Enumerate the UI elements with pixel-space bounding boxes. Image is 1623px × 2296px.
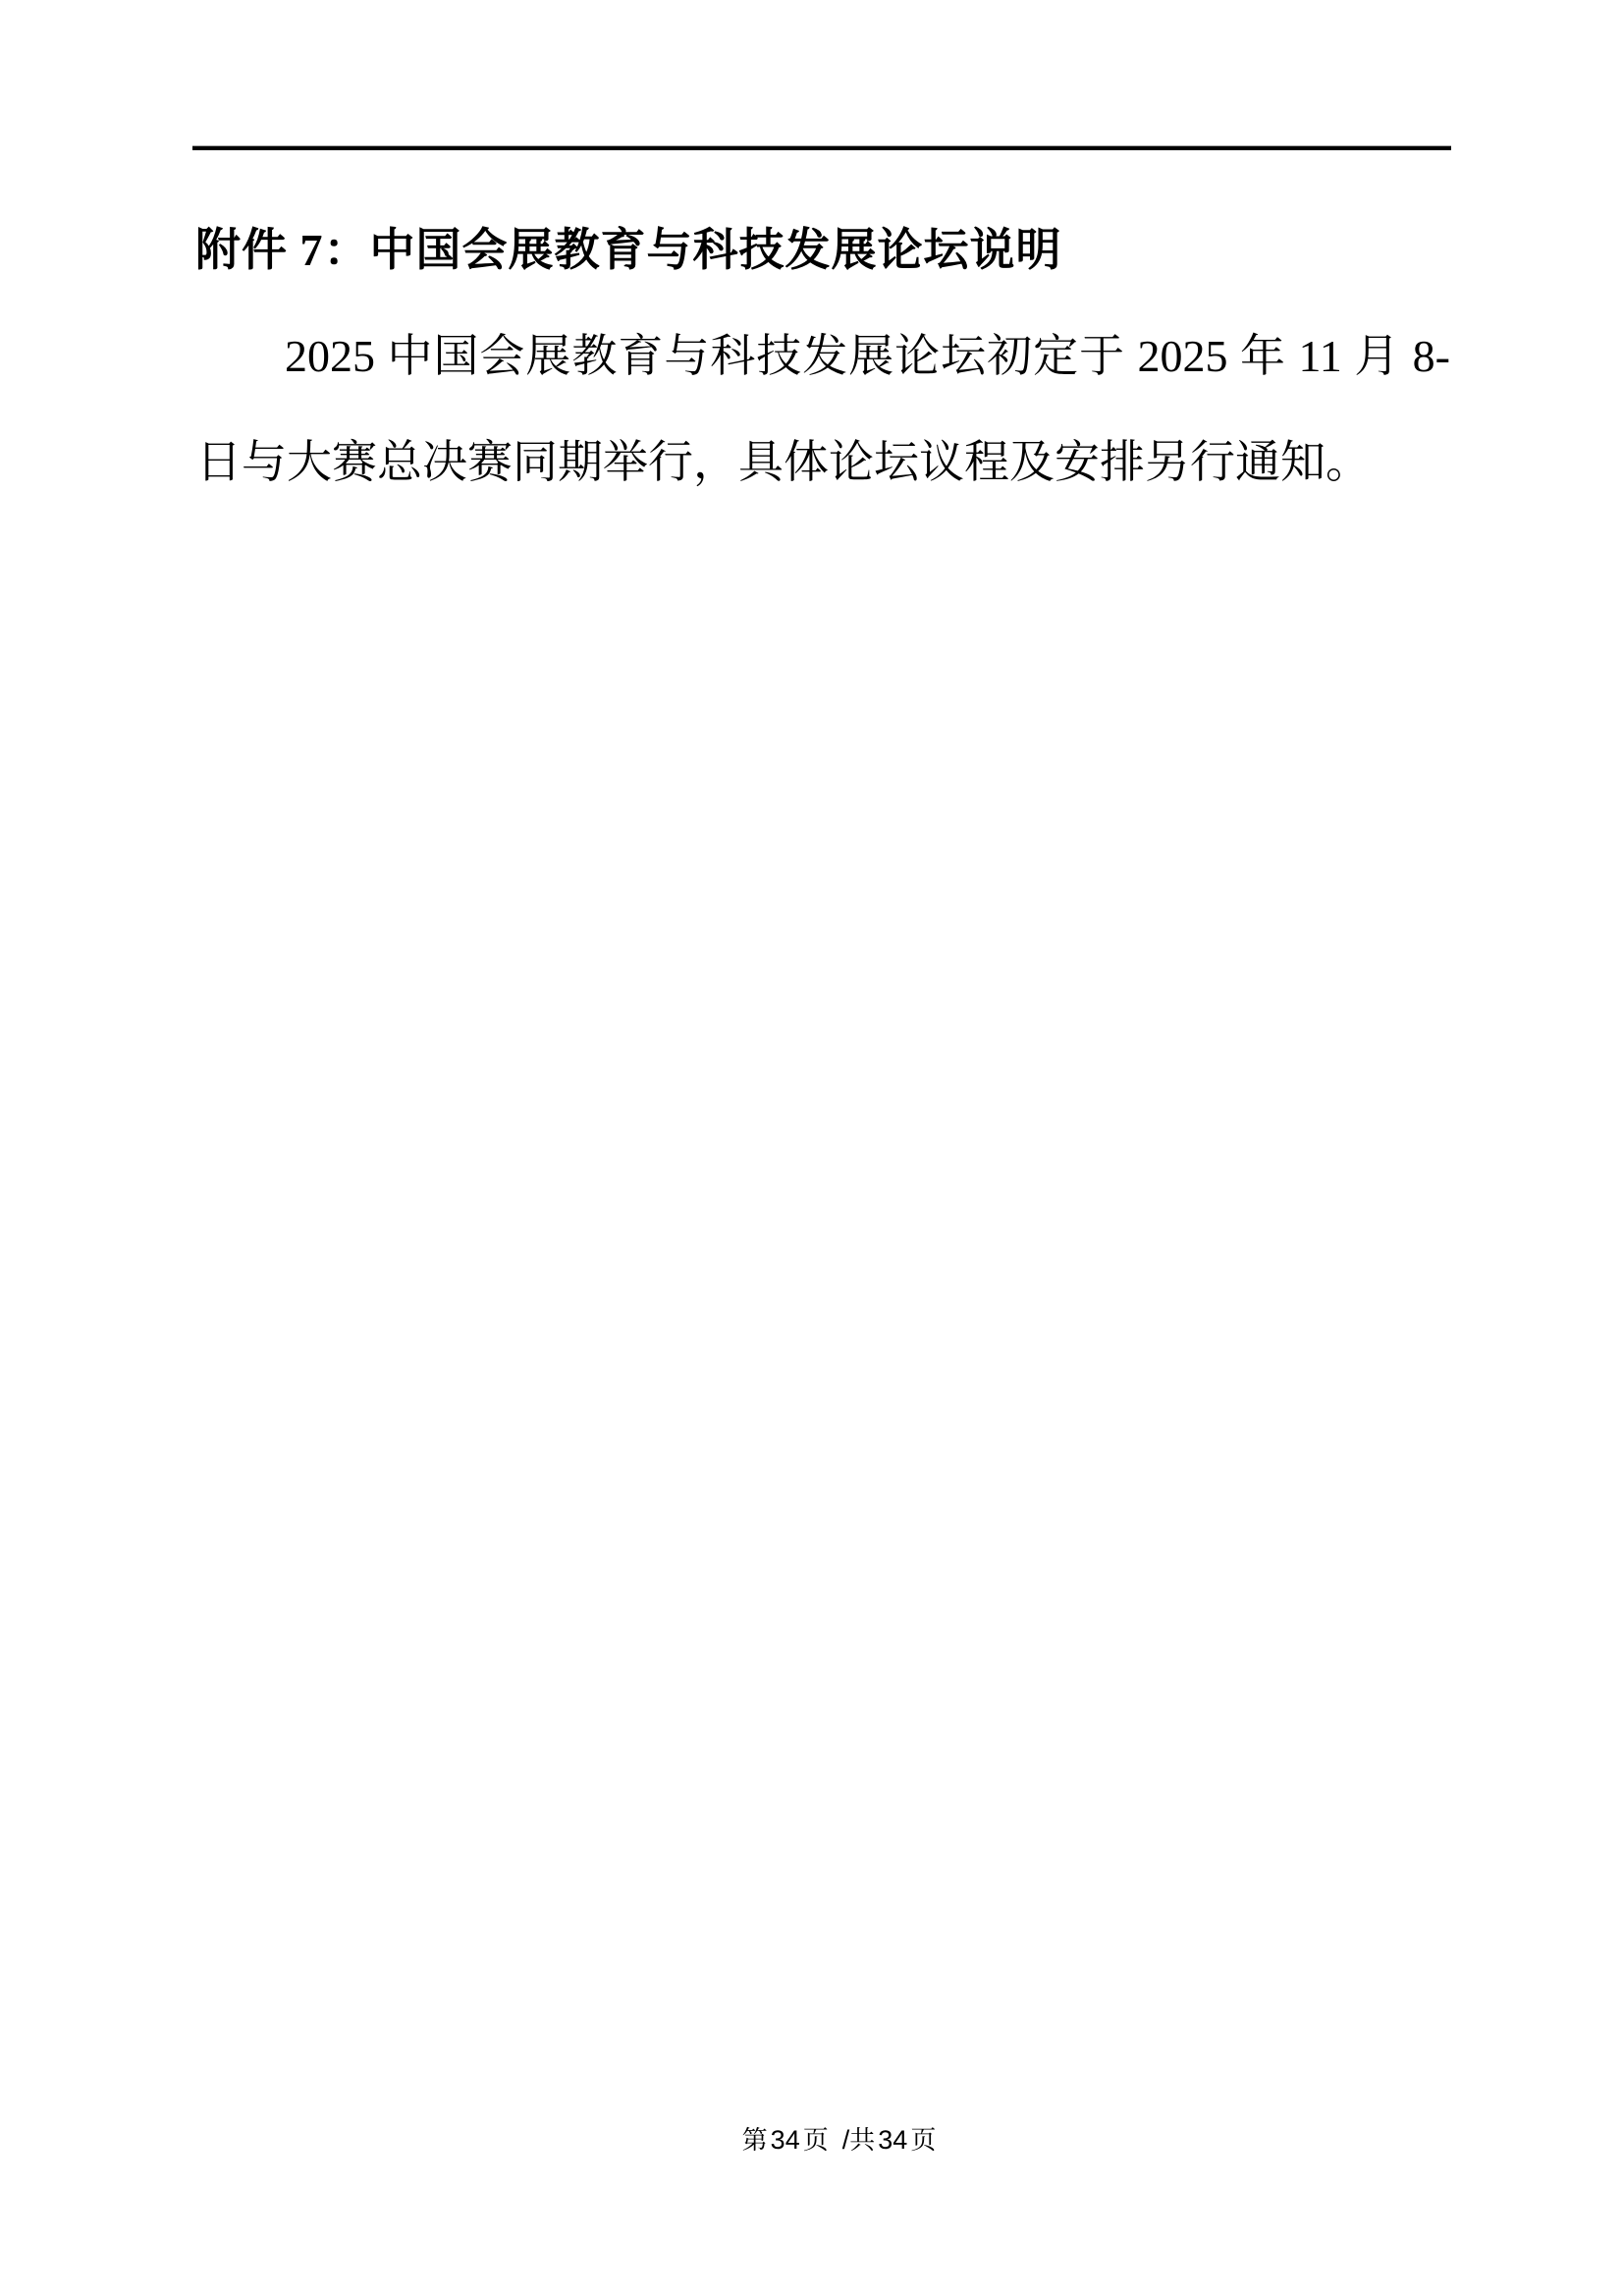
footer-page-unit: 页 [803, 2126, 829, 2155]
header-rule [192, 145, 1451, 150]
page-footer: 第34页/共34页 [27, 2124, 1623, 2157]
body-paragraph-line-1: 2025 中国会展教育与科技发展论坛初定于 2025 年 11 月 8--9 [285, 329, 1450, 386]
footer-total-unit: 页 [910, 2126, 936, 2155]
footer-current-page-number: 34 [771, 2125, 800, 2155]
attachment-heading: 附件 7：中国会展教育与科技发展论坛说明 [195, 225, 1062, 277]
document-page: 附件 7：中国会展教育与科技发展论坛说明 2025 中国会展教育与科技发展论坛初… [0, 0, 1623, 2296]
footer-total-pages-number: 34 [878, 2125, 907, 2155]
footer-total-label: 共 [849, 2126, 875, 2155]
body-paragraph-line-2: 日与大赛总决赛同期举行，具体论坛议程及安排另行通知。 [196, 435, 1371, 490]
footer-page-label: 第 [742, 2126, 768, 2155]
